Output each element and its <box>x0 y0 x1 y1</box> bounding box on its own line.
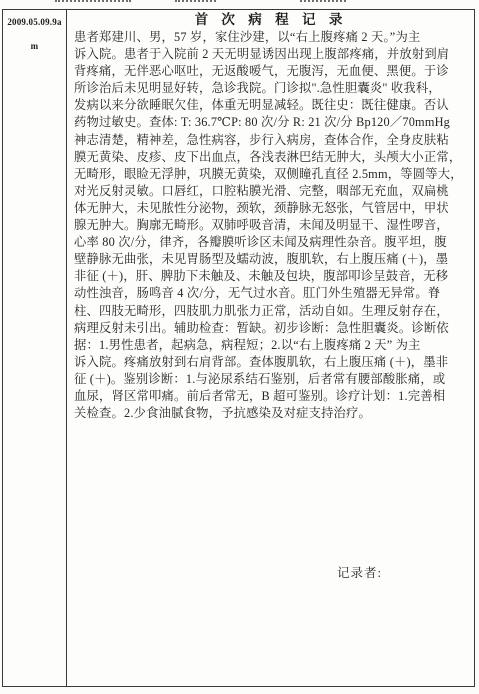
record-line: 柱、四肢无畸形，四肢肌力肌张力正常，活动自如。生理反射存在， <box>74 303 468 320</box>
datetime-line1: 2009.05.09.9a <box>3 17 66 28</box>
record-line: 药物过敏史。查体: T: 36.7℃P: 80 次/分 R: 21 次/分 Bp… <box>74 114 468 131</box>
record-title: 首 次 病 程 记 录 <box>74 12 468 28</box>
record-line: 神志清楚，精神差，急性病容，步行入病房，查体合作，全身皮肤粘 <box>74 132 468 149</box>
record-line: 膜无黄染、皮疹、皮下出血点，各浅表淋巴结无肿大，头颅大小正常， <box>74 149 468 166</box>
record-line: 关检查。2.少食油腻食物，予抗感染及对症支持治疗。 <box>74 405 468 422</box>
scanned-medical-record-page: { "record": { "title": "首 次 病 程 记 录", "d… <box>0 0 479 694</box>
record-line: 诉入院。患者于入院前 2 天无明显诱因出现上腹部疼痛，并放射到肩 <box>74 46 468 63</box>
record-line: 动性浊音，肠鸣音 4 次/分，无气过水音。肛门外生殖器无异常。脊 <box>74 285 468 302</box>
record-line: 血尿，肾区常叩痛。前后者常无，B 超可鉴别。诊疗计划：1.完善相 <box>74 388 468 405</box>
record-line: 无畸形，眼睑无浮肿，巩膜无黄染，双侧瞳孔直径 2.5mm，等圆等大， <box>74 166 468 183</box>
page-sheet: 2009.05.09.9a m 首 次 病 程 记 录 患者郑建川、男，57 岁… <box>0 0 479 694</box>
torn-dotted-line-2 <box>175 0 216 2</box>
record-line: 壁静脉无曲张，未见胃肠型及蠕动波，腹肌软，右上腹压痛 (＋)，墨 <box>74 251 468 268</box>
record-line: 诉入院。疼痛放射到右肩背部。查体腹肌软，右上腹压痛 (＋)，墨非 <box>74 354 468 371</box>
record-line: 患者郑建川、男，57 岁，家住沙建，以“右上腹疼痛 2 天。”为主 <box>74 29 468 46</box>
record-line: 对光反射灵敏。口唇红，口腔粘膜光滑、完整，咽部无充血，双扁桃 <box>74 183 468 200</box>
record-table: 2009.05.09.9a m 首 次 病 程 记 录 患者郑建川、男，57 岁… <box>2 9 475 687</box>
record-line: 据：1.男性患者，起病急，病程短；2.以“右上腹疼痛 2 天” 为主 <box>74 337 468 354</box>
record-body: 患者郑建川、男，57 岁，家住沙建，以“右上腹疼痛 2 天。”为主诉入院。患者于… <box>74 29 468 422</box>
datetime-line2: m <box>3 41 66 52</box>
record-line: 病理反射未引出。辅助检查：暂缺。初步诊断：急性胆囊炎。诊断依 <box>74 320 468 337</box>
recorder-label: 记录者: <box>337 563 382 581</box>
record-line: 背疼痛，无伴恶心呕吐，无返酸嗳气，无腹泻，无血便、黑便。于诊 <box>74 63 468 80</box>
datetime-cell: 2009.05.09.9a m <box>3 10 67 686</box>
record-line: 腺无肿大。胸廓无畸形。双肺呼吸音清，未闻及明显干、湿性啰音， <box>74 217 468 234</box>
record-line: 征 (＋)。鉴别诊断：1.与泌尿系结石鉴别，后者常有腰部酸胀痛，或 <box>74 371 468 388</box>
torn-dotted-line-3 <box>300 0 346 2</box>
record-main-cell: 首 次 病 程 记 录 患者郑建川、男，57 岁，家住沙建，以“右上腹疼痛 2 … <box>67 10 474 686</box>
record-line: 体无肿大，未见脓性分泌物，颈软，颈静脉无怒张，气管居中，甲状 <box>74 200 468 217</box>
record-line: 非征 (＋)，肝、脾肋下未触及、未触及包块，腹部叩诊呈鼓音，无移 <box>74 268 468 285</box>
record-line: 所诊治后未见明显好转，急诊我院。门诊拟".急性胆囊炎" 收我科， <box>74 80 468 97</box>
record-line: 心率 80 次/分，律齐，各瓣膜听诊区未闻及病理性杂音。腹平坦，腹 <box>74 234 468 251</box>
torn-dotted-line-1 <box>55 0 131 2</box>
record-line: 发病以来分欲睡眠欠佳，体重无明显减轻。既往史：既往健康。否认 <box>74 97 468 114</box>
